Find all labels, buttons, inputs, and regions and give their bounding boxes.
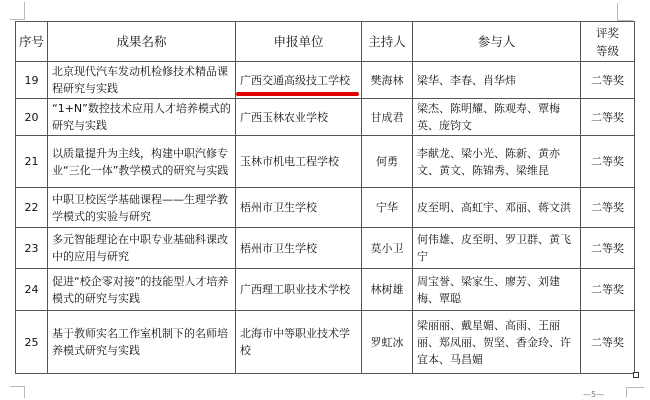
cell-level: 二等奖	[581, 228, 635, 269]
cell-host: 宁华	[362, 188, 413, 228]
table-row: 21 以质量提升为主线，构建中职汽修专业“三化一体”教学模式的研究与实践 玉林市…	[16, 136, 635, 188]
cell-title: 多元智能理论在中职专业基础科课改中的应用与研究	[48, 228, 236, 269]
cell-no: 25	[16, 311, 48, 374]
cell-title: 中职卫校医学基础课程——生理学教学模式的实验与研究	[48, 188, 236, 228]
header-level-line2: 等级	[585, 42, 630, 60]
cell-no: 19	[16, 62, 48, 99]
header-participants: 参与人	[413, 22, 581, 62]
cell-title: 北京现代汽车发动机检修技术精品课程研究与实践	[48, 62, 236, 99]
cell-unit: 广西理工职业技术学校	[236, 269, 362, 311]
cell-participants: 梁华、李春、肖华炜	[413, 62, 581, 99]
cell-participants: 何伟雄、皮至明、罗卫群、黄飞宁	[413, 228, 581, 269]
cell-unit: 北海市中等职业技术学校	[236, 311, 362, 374]
header-level: 评奖 等级	[581, 22, 635, 62]
page-corner-mark	[617, 3, 618, 21]
awards-table: 序号 成果名称 申报单位 主持人 参与人 评奖 等级 19 北京现代汽车发动机检…	[15, 21, 635, 374]
header-title: 成果名称	[48, 22, 236, 62]
page-number: —5—	[583, 390, 604, 399]
cell-level: 二等奖	[581, 62, 635, 99]
table-row: 25 基于教师实名工作室机制下的名师培养模式研究与实践 北海市中等职业技术学校 …	[16, 311, 635, 374]
cell-level: 二等奖	[581, 311, 635, 374]
cell-level: 二等奖	[581, 136, 635, 188]
cell-no: 24	[16, 269, 48, 311]
cell-participants: 周宝誉、梁家生、廖芳、刘建梅、覃聪	[413, 269, 581, 311]
cell-participants: 梁丽丽、戴星媚、高雨、王丽丽、郑凤丽、贺坚、香金玲、许宜本、马昌媚	[413, 311, 581, 374]
red-underline-annotation	[236, 92, 359, 96]
cell-unit: 广西玉林农业学校	[236, 99, 362, 136]
cell-level: 二等奖	[581, 99, 635, 136]
table-resize-handle[interactable]	[633, 372, 639, 378]
cell-no: 23	[16, 228, 48, 269]
cell-no: 22	[16, 188, 48, 228]
cell-unit: 玉林市机电工程学校	[236, 136, 362, 188]
cell-unit: 梧州市卫生学校	[236, 188, 362, 228]
cell-participants: 梁杰、陈明耀、陈观寿、覃梅英、庞钧文	[413, 99, 581, 136]
page-corner-mark	[626, 387, 644, 388]
table-row: 22 中职卫校医学基础课程——生理学教学模式的实验与研究 梧州市卫生学校 宁华 …	[16, 188, 635, 228]
page-corner-mark	[24, 386, 25, 398]
header-unit: 申报单位	[236, 22, 362, 62]
header-host: 主持人	[362, 22, 413, 62]
cell-level: 二等奖	[581, 188, 635, 228]
cell-host: 何勇	[362, 136, 413, 188]
cell-host: 罗虹冰	[362, 311, 413, 374]
table-header-row: 序号 成果名称 申报单位 主持人 参与人 评奖 等级	[16, 22, 635, 62]
cell-host: 甘成君	[362, 99, 413, 136]
cell-no: 21	[16, 136, 48, 188]
cell-level: 二等奖	[581, 269, 635, 311]
cell-title: 以质量提升为主线，构建中职汽修专业“三化一体”教学模式的研究与实践	[48, 136, 236, 188]
table-row: 23 多元智能理论在中职专业基础科课改中的应用与研究 梧州市卫生学校 莫小卫 何…	[16, 228, 635, 269]
cell-participants: 李献龙、梁小光、陈新、黄亦文、黄文、陈锦秀、梁维昆	[413, 136, 581, 188]
cell-participants: 皮至明、高虹宇、邓丽、蒋文洪	[413, 188, 581, 228]
cell-host: 莫小卫	[362, 228, 413, 269]
cell-title: 促进“校企零对接”的技能型人才培养模式的研究与实践	[48, 269, 236, 311]
cell-title: “1+N”数控技术应用人才培养模式的研究与实践	[48, 99, 236, 136]
page-corner-mark	[10, 386, 24, 387]
cell-unit: 梧州市卫生学校	[236, 228, 362, 269]
page-corner-mark	[10, 19, 24, 20]
page-corner-mark	[24, 2, 25, 20]
cell-host: 樊海林	[362, 62, 413, 99]
header-level-line1: 评奖	[585, 24, 630, 42]
table-row: 20 “1+N”数控技术应用人才培养模式的研究与实践 广西玉林农业学校 甘成君 …	[16, 99, 635, 136]
cell-host: 林树雄	[362, 269, 413, 311]
cell-title: 基于教师实名工作室机制下的名师培养模式研究与实践	[48, 311, 236, 374]
page-corner-mark	[626, 387, 627, 397]
cell-no: 20	[16, 99, 48, 136]
table-row: 24 促进“校企零对接”的技能型人才培养模式的研究与实践 广西理工职业技术学校 …	[16, 269, 635, 311]
header-no: 序号	[16, 22, 48, 62]
